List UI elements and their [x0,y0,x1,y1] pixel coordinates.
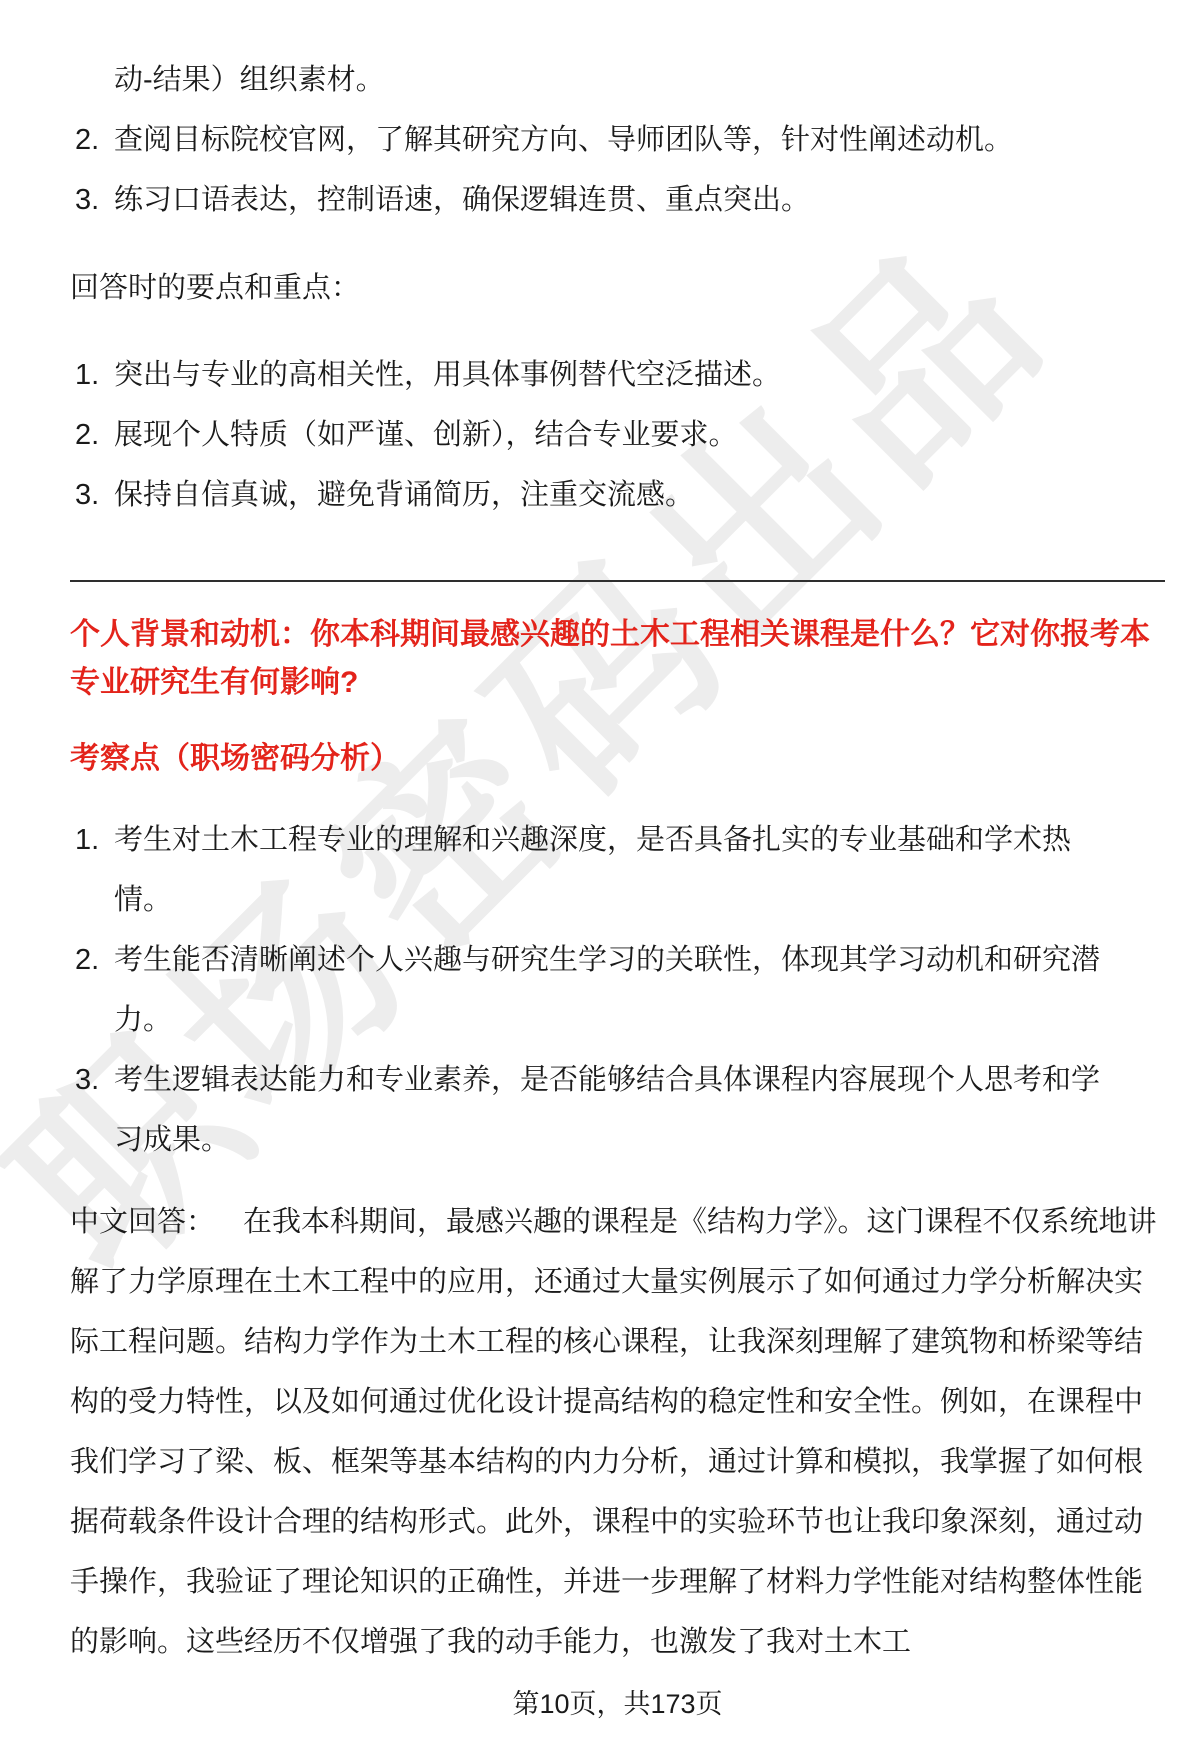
exam-points-list: 1. 考生对土木工程专业的理解和兴趣深度，是否具备扎实的专业基础和学术热情。 2… [70,810,1165,1170]
list-item: 2. 考生能否清晰阐述个人兴趣与研究生学习的关联性，体现其学习动机和研究潜力。 [70,930,1165,1050]
answer-points-heading: 回答时的要点和重点： [70,258,1165,318]
item-number: 3. [70,170,114,230]
list-item-continuation: 动-结果）组织素材。 [70,50,1114,110]
answer-points-list: 1. 突出与专业的高相关性，用具体事例替代空泛描述。 2. 展现个人特质（如严谨… [70,345,1165,525]
exam-points-heading: 考察点（职场密码分析） [70,735,1165,783]
section-divider [70,580,1165,582]
document-page: 职场密码出品 动-结果）组织素材。 2. 查阅目标院校官网，了解其研究方向、导师… [0,0,1200,1755]
item-number: 3. [70,465,114,525]
item-number: 1. [70,345,114,405]
item-number: 1. [70,810,114,870]
item-text: 查阅目标院校官网，了解其研究方向、导师团队等，针对性阐述动机。 [114,110,1114,170]
item-text: 考生对土木工程专业的理解和兴趣深度，是否具备扎实的专业基础和学术热情。 [114,810,1114,930]
item-text: 展现个人特质（如严谨、创新），结合专业要求。 [114,405,1114,465]
item-text: 保持自信真诚，避免背诵简历，注重交流感。 [114,465,1114,525]
answer-label: 中文回答： [70,1206,215,1238]
answer-paragraph: 中文回答：在我本科期间，最感兴趣的课程是《结构力学》。这门课程不仅系统地讲解了力… [70,1192,1165,1672]
preparation-list: 2. 查阅目标院校官网，了解其研究方向、导师团队等，针对性阐述动机。 3. 练习… [70,110,1165,230]
list-item: 3. 考生逻辑表达能力和专业素养，是否能够结合具体课程内容展现个人思考和学习成果… [70,1050,1165,1170]
item-text: 考生逻辑表达能力和专业素养，是否能够结合具体课程内容展现个人思考和学习成果。 [114,1050,1114,1170]
item-number: 2. [70,930,114,990]
list-item: 2. 展现个人特质（如严谨、创新），结合专业要求。 [70,405,1165,465]
item-number: 2. [70,405,114,465]
item-number: 2. [70,110,114,170]
item-text: 练习口语表达，控制语速，确保逻辑连贯、重点突出。 [114,170,1114,230]
item-number: 3. [70,1050,114,1110]
list-item: 1. 突出与专业的高相关性，用具体事例替代空泛描述。 [70,345,1165,405]
item-text: 考生能否清晰阐述个人兴趣与研究生学习的关联性，体现其学习动机和研究潜力。 [114,930,1114,1050]
item-text: 突出与专业的高相关性，用具体事例替代空泛描述。 [114,345,1114,405]
list-item: 3. 练习口语表达，控制语速，确保逻辑连贯、重点突出。 [70,170,1165,230]
list-item: 1. 考生对土木工程专业的理解和兴趣深度，是否具备扎实的专业基础和学术热情。 [70,810,1165,930]
page-content: 动-结果）组织素材。 2. 查阅目标院校官网，了解其研究方向、导师团队等，针对性… [0,0,1200,1724]
page-footer: 第10页，共173页 [70,1684,1165,1724]
question-heading: 个人背景和动机：你本科期间最感兴趣的土木工程相关课程是什么？它对你报考本专业研究… [70,611,1165,707]
answer-text: 在我本科期间，最感兴趣的课程是《结构力学》。这门课程不仅系统地讲解了力学原理在土… [70,1206,1157,1658]
list-item: 2. 查阅目标院校官网，了解其研究方向、导师团队等，针对性阐述动机。 [70,110,1165,170]
list-item: 3. 保持自信真诚，避免背诵简历，注重交流感。 [70,465,1165,525]
